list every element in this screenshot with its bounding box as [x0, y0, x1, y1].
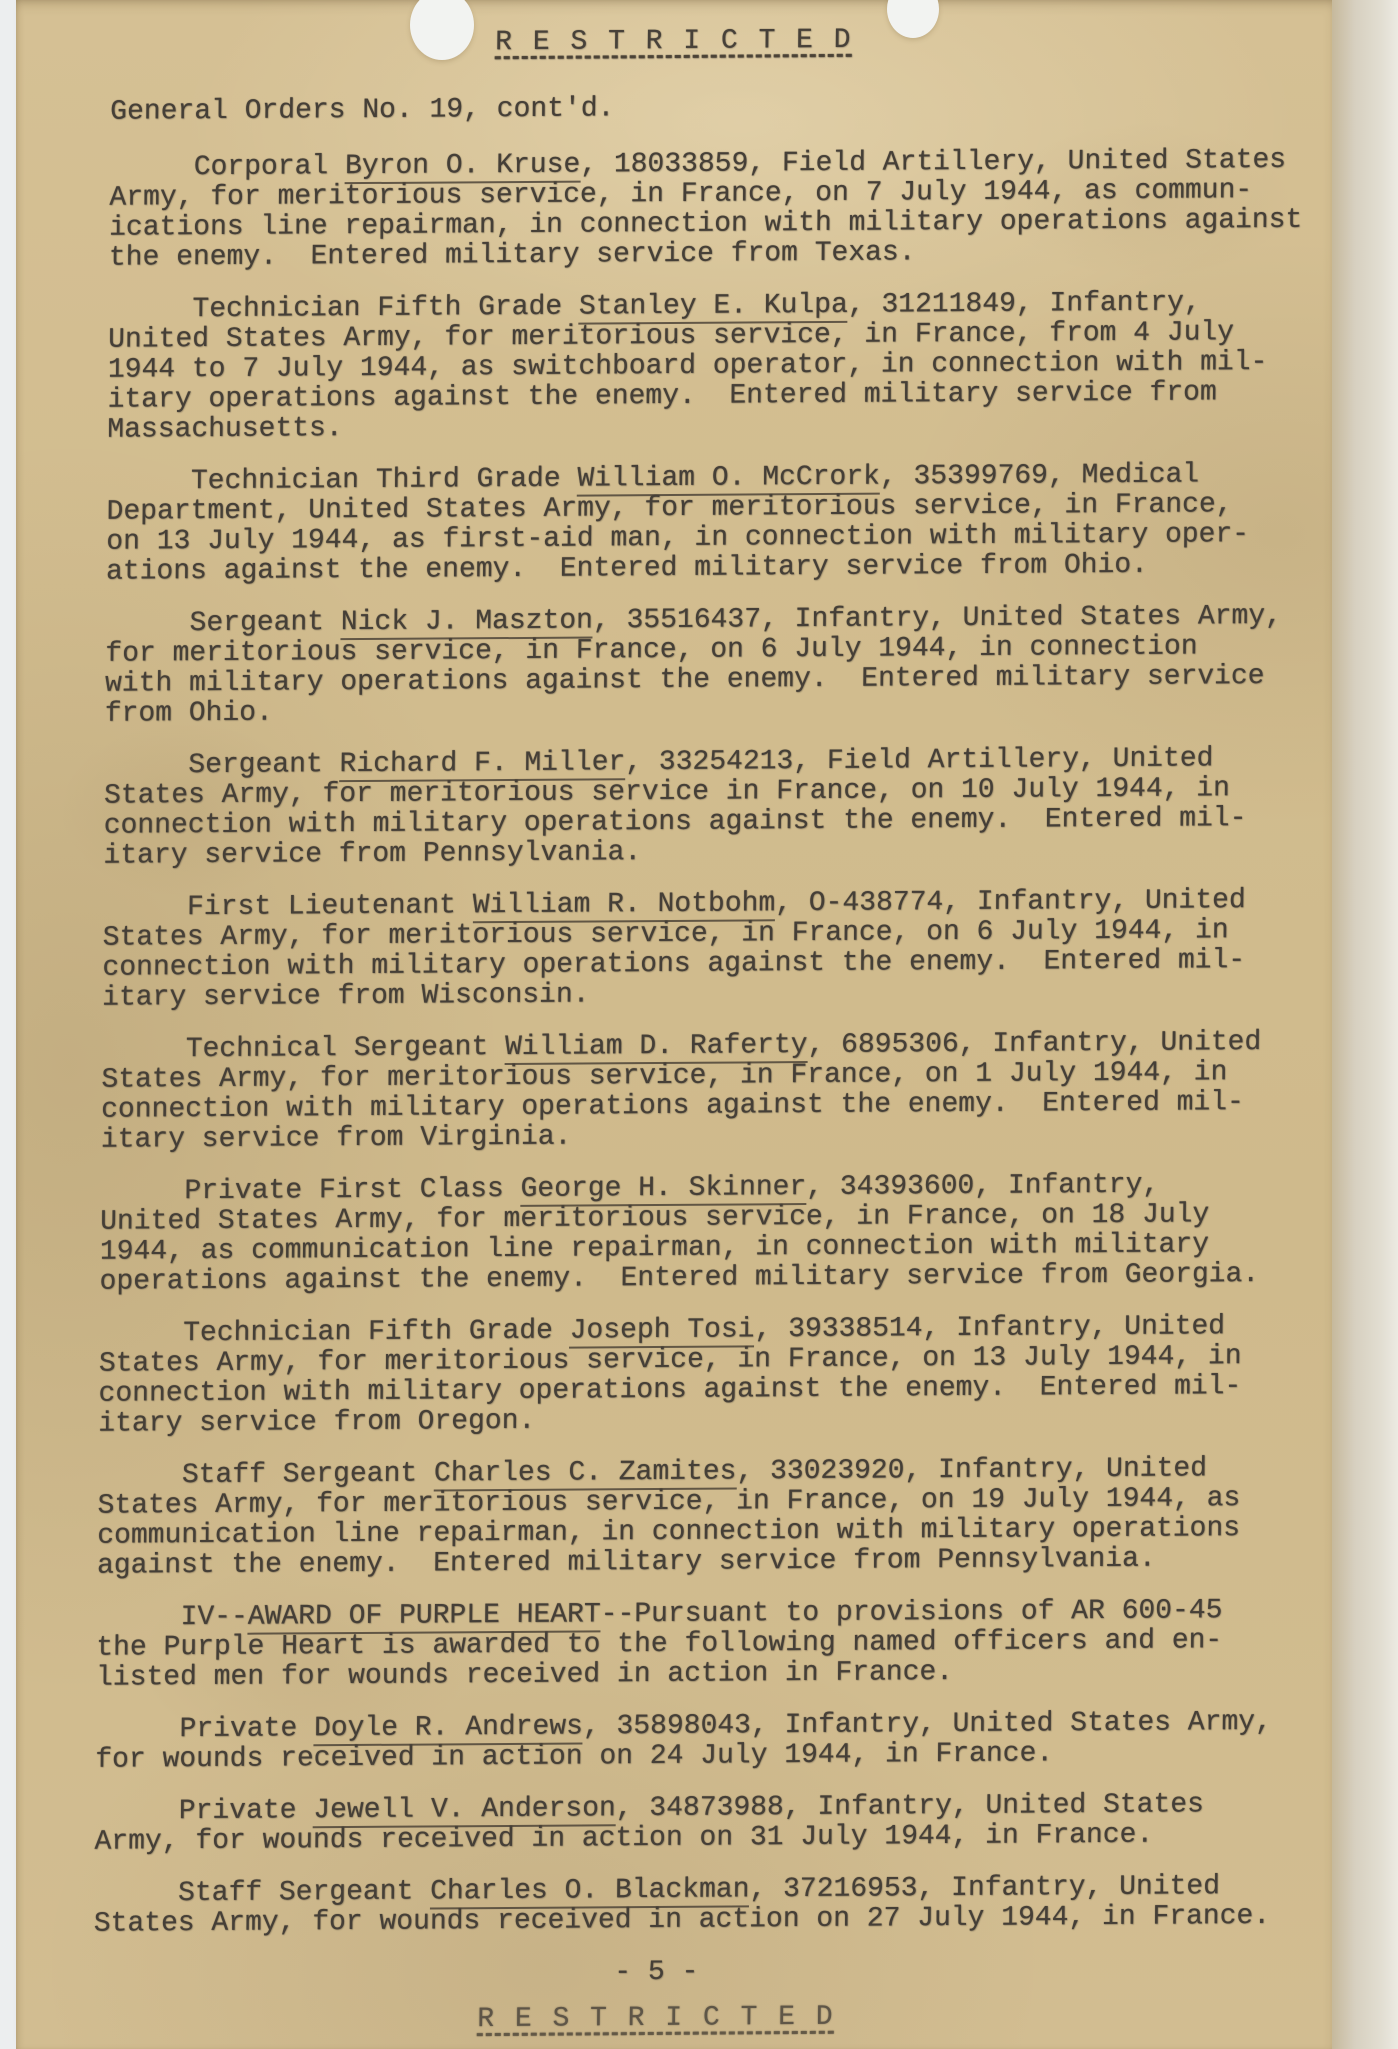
text-segment: Private: [95, 1795, 314, 1827]
text-segment: the enemy. Entered military service from…: [109, 237, 916, 273]
paragraph-line: the enemy. Entered military service from…: [109, 236, 1330, 274]
text-segment: , 6895306, Infantry, United: [807, 1027, 1261, 1061]
text-segment: , 35399769, Medical: [880, 459, 1200, 492]
paragraph-line: Army, for wounds received in action on 3…: [94, 1820, 1315, 1858]
text-segment: Massachusetts.: [107, 413, 343, 446]
text-segment: itary service from Virginia.: [101, 1122, 572, 1156]
text-segment: , 39338514, Infantry, United: [754, 1311, 1225, 1345]
text-segment: Technician Third Grade: [107, 464, 578, 498]
text-segment: itary service from Wisconsin.: [102, 979, 590, 1013]
paragraph: Technician Fifth Grade Joseph Tosi, 3933…: [98, 1312, 1320, 1440]
order-body: Corporal Byron O. Kruse, 18033859, Field…: [0, 146, 1331, 1941]
paragraph-line: itary service from Pennsylvania.: [103, 834, 1324, 872]
paragraph: Staff Sergeant Charles C. Zamites, 33023…: [97, 1454, 1319, 1582]
paragraph: Sergeant Nick J. Maszton, 35516437, Infa…: [105, 602, 1327, 730]
text-segment: , O-438774, Infantry, United: [775, 885, 1246, 919]
paragraph-line: ations against the enemy. Entered milita…: [106, 550, 1327, 588]
text-segment: from Ohio.: [105, 698, 273, 730]
paragraph-line: States Army, for wounds received in acti…: [94, 1902, 1315, 1940]
text-segment: First Lieutenant: [103, 890, 473, 923]
text-segment: Technical Sergeant: [102, 1032, 506, 1066]
text-segment: Corporal: [110, 151, 346, 184]
text-segment: for wounds received in action on 24 July…: [95, 1738, 1053, 1775]
paragraph: Private Jewell V. Anderson, 34873988, In…: [94, 1790, 1316, 1858]
page-number: - 5 -: [0, 1954, 1315, 1993]
paragraph-line: against the enemy. Entered military serv…: [97, 1544, 1318, 1582]
paragraph: Staff Sergeant Charles O. Blackman, 3721…: [94, 1872, 1316, 1940]
text-segment: , 34393600, Infantry,: [806, 1170, 1159, 1203]
scan-background: R E S T R I C T E D General Orders No. 1…: [0, 0, 1398, 2049]
text-segment: Staff Sergeant: [94, 1876, 430, 1909]
underlined-name: Joseph Tosi: [570, 1314, 755, 1348]
text-segment: listed men for wounds received in action…: [96, 1657, 953, 1694]
paragraph: Private First Class George H. Skinner, 3…: [99, 1170, 1321, 1298]
text-segment: Technician Fifth Grade: [99, 1316, 570, 1350]
paragraph-line: itary service from Wisconsin.: [102, 976, 1323, 1014]
paragraph: IV--AWARD OF PURPLE HEART--Pursuant to p…: [96, 1596, 1318, 1694]
paragraph: Technical Sergeant William D. Raferty, 6…: [101, 1028, 1323, 1156]
paragraph: Private Doyle R. Andrews, 35898043, Infa…: [95, 1708, 1317, 1776]
document-page: R E S T R I C T E D General Orders No. 1…: [16, 0, 1332, 2049]
text-segment: States Army, for wounds received in acti…: [94, 1901, 1271, 1940]
paragraph-line: itary service from Virginia.: [101, 1118, 1322, 1156]
paragraph: First Lieutenant William R. Notbohm, O-4…: [102, 886, 1324, 1014]
text-segment: against the enemy. Entered military serv…: [97, 1544, 1156, 1582]
text-segment: Sergeant: [104, 749, 340, 782]
text-segment: Private: [95, 1713, 314, 1745]
paragraph-line: listed men for wounds received in action…: [96, 1656, 1317, 1694]
page-content: R E S T R I C T E D General Orders No. 1…: [0, 0, 1332, 2049]
classification-header: R E S T R I C T E D: [16, 0, 1333, 61]
text-segment: Private First Class: [100, 1174, 520, 1208]
text-segment: ations against the enemy. Entered milita…: [106, 550, 1148, 588]
paragraph-line: Massachusetts.: [107, 408, 1328, 446]
adjacent-page-edge: [1332, 0, 1398, 2049]
paragraph: Technician Fifth Grade Stanley E. Kulpa,…: [107, 288, 1329, 446]
text-segment: Technician Fifth Grade: [108, 292, 579, 326]
paragraph-line: itary service from Oregon.: [98, 1402, 1319, 1440]
text-segment: , 35898043, Infantry, United States Army…: [583, 1707, 1272, 1743]
text-segment: , 31211849, Infantry,: [848, 287, 1201, 320]
text-segment: itary service from Oregon.: [98, 1406, 535, 1440]
paragraph: Sergeant Richard F. Miller, 33254213, Fi…: [103, 744, 1325, 872]
paragraph: Corporal Byron O. Kruse, 18033859, Field…: [109, 146, 1331, 274]
text-segment: , 33023920, Infantry, United: [736, 1453, 1207, 1487]
text-segment: , 37216953, Infantry, United: [749, 1871, 1220, 1905]
text-segment: operations against the enemy. Entered mi…: [99, 1259, 1259, 1298]
text-segment: IV--: [96, 1602, 248, 1634]
order-heading: General Orders No. 19, cont'd.: [15, 90, 1331, 129]
text-segment: Sergeant: [105, 607, 341, 640]
text-segment: Army, for wounds received in action on 3…: [94, 1820, 1153, 1858]
classification-footer: R E S T R I C T E D: [0, 2000, 1314, 2039]
text-segment: itary service from Pennsylvania.: [103, 837, 641, 872]
paragraph: Technician Third Grade William O. McCror…: [106, 460, 1328, 588]
paragraph-line: operations against the enemy. Entered mi…: [99, 1260, 1320, 1298]
paragraph-line: for wounds received in action on 24 July…: [95, 1738, 1316, 1776]
text-segment: Staff Sergeant: [98, 1458, 434, 1491]
